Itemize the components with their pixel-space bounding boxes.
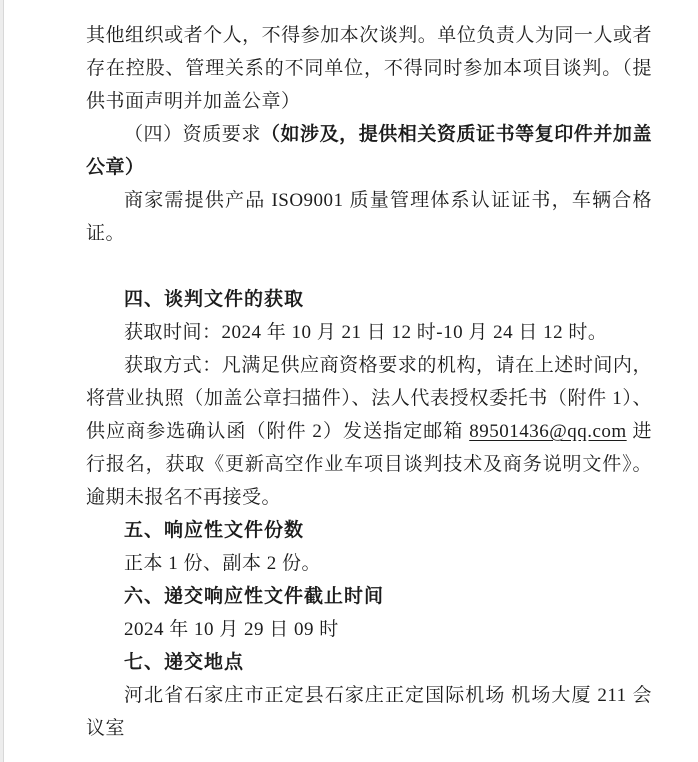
heading-section-7-submission-location: 七、递交地点 [86,646,652,679]
paragraph-acquisition-time: 获取时间：2024 年 10 月 21 日 12 时-10 月 24 日 12 … [86,316,652,349]
heading-section-6-submission-deadline: 六、递交响应性文件截止时间 [86,580,652,613]
paragraph-copies-count: 正本 1 份、副本 2 份。 [86,547,652,580]
qualification-label: （四）资质要求 [124,124,261,145]
paragraph-deadline-date: 2024 年 10 月 29 日 09 时 [86,613,652,646]
paragraph-qualification-requirement: （四）资质要求（如涉及，提供相关资质证书等复印件并加盖公章） [86,118,652,184]
heading-section-4-document-acquisition: 四、谈判文件的获取 [86,283,652,316]
paragraph-acquisition-method: 获取方式：凡满足供应商资格要求的机构，请在上述时间内，将营业执照（加盖公章扫描件… [86,349,652,514]
document-page: 其他组织或者个人，不得参加本次谈判。单位负责人为同一人或者存在控股、管理关系的不… [86,19,652,745]
heading-section-5-response-copies: 五、响应性文件份数 [86,514,652,547]
blank-line [86,250,652,283]
page-left-edge [0,0,4,762]
paragraph-submission-address: 河北省石家庄市正定县石家庄正定国际机场 机场大厦 211 会议室 [86,679,652,745]
paragraph-supplier-restriction: 其他组织或者个人，不得参加本次谈判。单位负责人为同一人或者存在控股、管理关系的不… [86,19,652,118]
paragraph-iso-certificate: 商家需提供产品 ISO9001 质量管理体系认证证书，车辆合格证。 [86,184,652,250]
email-link[interactable]: 89501436@qq.com [469,421,626,442]
